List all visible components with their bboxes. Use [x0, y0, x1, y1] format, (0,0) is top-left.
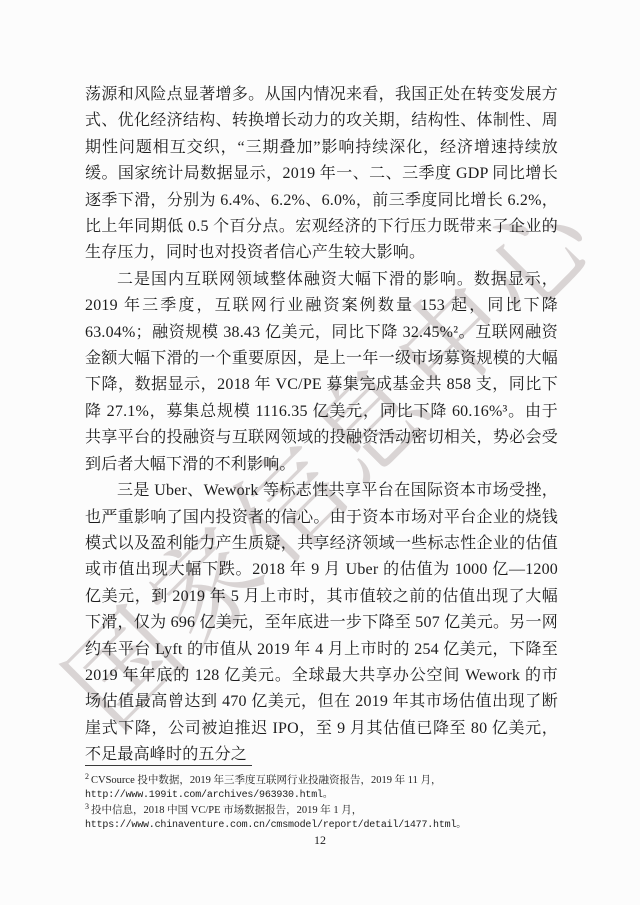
body-paragraph-2: 二是国内互联网领域整体融资大幅下滑的影响。数据显示，2019 年三季度，互联网行…: [85, 267, 558, 478]
footnotes-section: 2CVSource 投中数据，2019 年三季度互联网行业投融资报告，2019 …: [85, 765, 558, 833]
footnote-2-text: CVSource 投中数据，2019 年三季度互联网行业投融资报告，2019 年…: [91, 775, 441, 786]
body-paragraph-1: 荡源和风险点显著增多。从国内情况来看，我国正处在转变发展方式、优化经济结构、转换…: [85, 82, 558, 267]
footnote-2-marker: 2: [85, 772, 89, 781]
footnote-3: 3投中信息，2018 中国 VC/PE 市场数据报告，2019 年 1 月， h…: [85, 803, 558, 833]
page-body: 荡源和风险点显著增多。从国内情况来看，我国正处在转变发展方式、优化经济结构、转换…: [85, 82, 558, 769]
footnote-3-marker: 3: [85, 802, 89, 811]
page-number: 12: [0, 833, 640, 848]
footnote-2: 2CVSource 投中数据，2019 年三季度互联网行业投融资报告，2019 …: [85, 773, 558, 803]
footnote-3-text: 投中信息，2018 中国 VC/PE 市场数据报告，2019 年 1 月，: [91, 805, 362, 816]
footnote-3-url: https://www.chinaventure.com.cn/cmsmodel…: [85, 818, 558, 833]
body-paragraph-3: 三是 Uber、Wework 等标志性共享平台在国际资本市场受挫，也严重影响了国…: [85, 478, 558, 768]
footnote-2-url: http://www.199it.com/archives/963930.htm…: [85, 788, 558, 803]
footnote-separator-rule: [85, 765, 252, 766]
document-page: 国家信息中心 荡源和风险点显著增多。从国内情况来看，我国正处在转变发展方式、优化…: [0, 0, 640, 905]
